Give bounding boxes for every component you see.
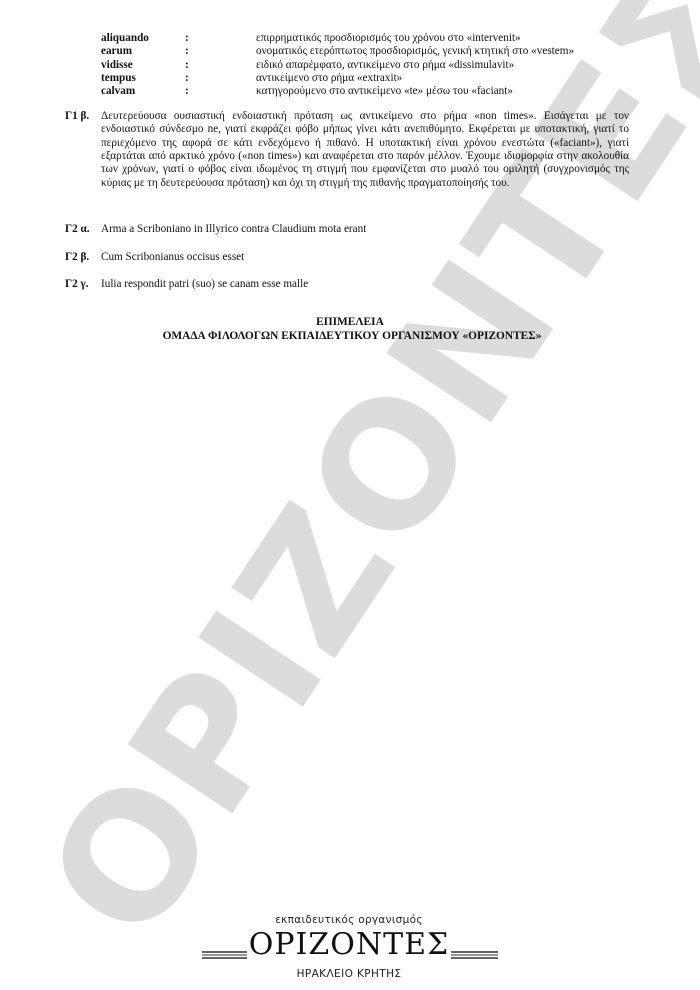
- definition-text: αντικείμενο στο ρήμα «extraxit»: [256, 72, 402, 85]
- definition-colon: :: [185, 32, 256, 45]
- definition-colon: :: [185, 59, 256, 72]
- answer-text: Iulia respondit patri (suo) se canam ess…: [101, 278, 629, 291]
- definition-term: aliquando: [101, 32, 185, 45]
- organization-logo: εκπαιδευτικός οργανισμός ΟΡΙΖΟΝΤΕΣ ΗΡΑΚΛ…: [194, 908, 504, 988]
- answer-text: Δευτερεύουσα ουσιαστική ενδοιαστική πρότ…: [101, 110, 629, 190]
- definition-text: επιρρηματικός προσδιορισμός του χρόνου σ…: [256, 32, 521, 45]
- definition-row: earum : ονοματικός ετερόπτωτος προσδιορι…: [101, 45, 574, 58]
- logo-name: ΟΡΙΖΟΝΤΕΣ: [194, 930, 504, 960]
- answer-label: Γ2 α.: [65, 223, 90, 236]
- definition-text: ονοματικός ετερόπτωτος προσδιορισμός, γε…: [256, 45, 574, 58]
- answer-label: Γ2 β.: [65, 251, 89, 264]
- credits: ΕΠΙΜΕΛΕΙΑ ΟΜΑΔΑ ΦΙΛΟΛΟΓΩΝ ΕΚΠΑΙΔΕΥΤΙΚΟΥ …: [0, 316, 700, 343]
- definition-term: earum: [101, 45, 185, 58]
- definition-text: κατηγορούμενο στο αντικείμενο «te» μέσω …: [256, 85, 513, 98]
- definition-row: tempus : αντικείμενο στο ρήμα «extraxit»: [101, 72, 574, 85]
- answer-label: Γ2 γ.: [65, 278, 89, 291]
- definition-term: tempus: [101, 72, 185, 85]
- definition-colon: :: [185, 85, 256, 98]
- logo-subtitle: εκπαιδευτικός οργανισμός: [194, 914, 504, 926]
- definition-text: ειδικό απαρέμφατο, αντικείμενο στο ρήμα …: [256, 59, 514, 72]
- credits-team: ΟΜΑΔΑ ΦΙΛΟΛΟΓΩΝ ΕΚΠΑΙΔΕΥΤΙΚΟΥ ΟΡΓΑΝΙΣΜΟΥ…: [0, 330, 700, 344]
- definition-colon: :: [185, 45, 256, 58]
- definition-row: vidisse : ειδικό απαρέμφατο, αντικείμενο…: [101, 59, 574, 72]
- logo-city: ΗΡΑΚΛΕΙΟ ΚΡΗΤΗΣ: [194, 968, 504, 980]
- definition-row: aliquando : επιρρηματικός προσδιορισμός …: [101, 32, 574, 45]
- credits-heading: ΕΠΙΜΕΛΕΙΑ: [0, 316, 700, 330]
- definition-term: calvam: [101, 85, 185, 98]
- answer-label: Γ1 β.: [65, 110, 89, 123]
- definition-term: vidisse: [101, 59, 185, 72]
- answer-text: Arma a Scriboniano in Illyrico contra Cl…: [101, 223, 629, 236]
- definition-colon: :: [185, 72, 256, 85]
- logo-name-text: ΟΡΙΖΟΝΤΕΣ: [247, 927, 451, 962]
- definition-row: calvam : κατηγορούμενο στο αντικείμενο «…: [101, 85, 574, 98]
- definitions-list: aliquando : επιρρηματικός προσδιορισμός …: [101, 32, 574, 98]
- answer-text: Cum Scribonianus occisus esset: [101, 251, 629, 264]
